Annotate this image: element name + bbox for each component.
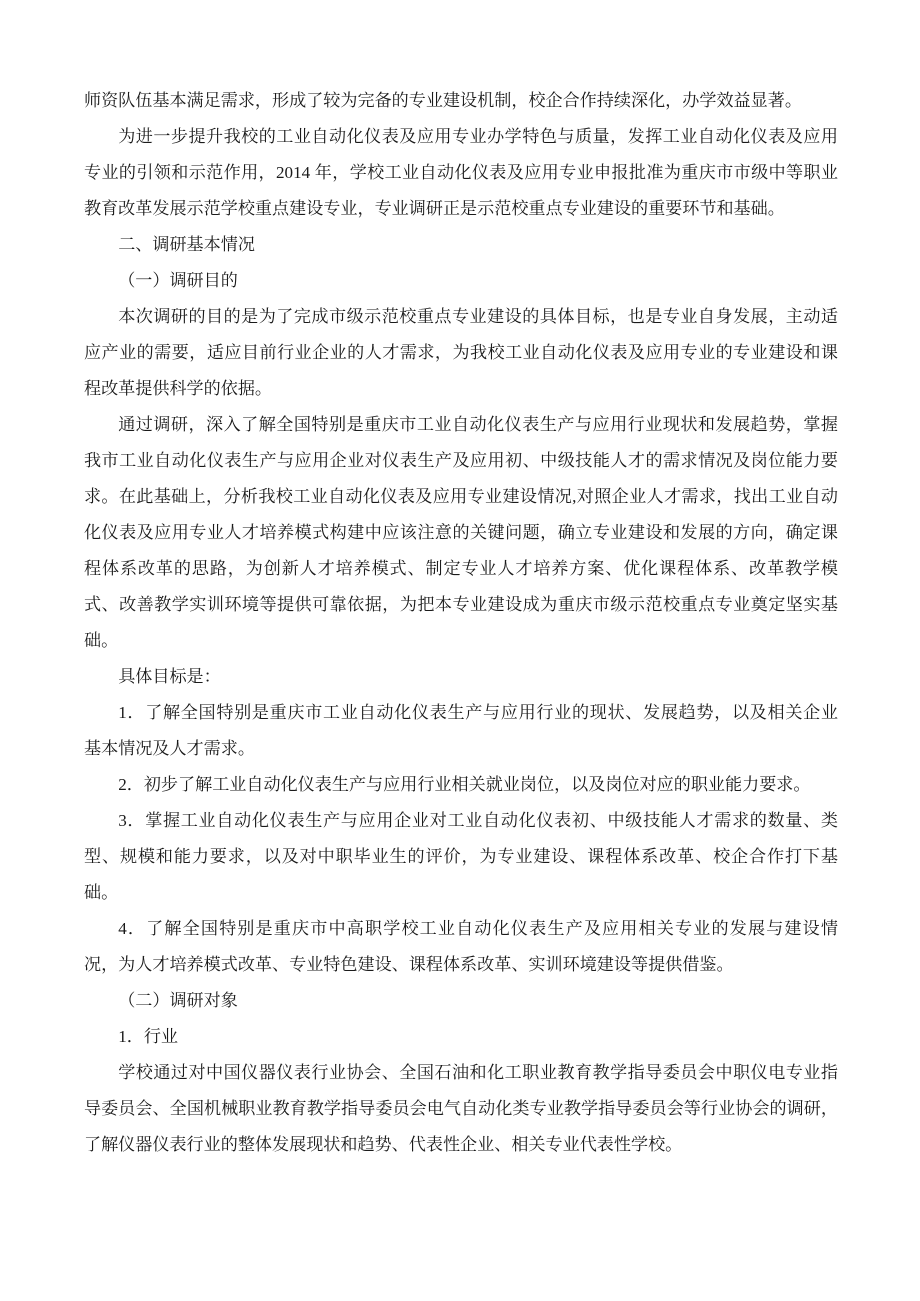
text-line-7: 本次调研的目的是为了完成市级示范校重点专业建设的具体目标，也是专业自身发展，主动… <box>84 299 838 335</box>
text-line-10: 通过调研，深入了解全国特别是重庆市工业自动化仪表生产与应用行业现状和发展趋势，掌… <box>84 407 838 443</box>
text-line-1: 师资队伍基本满足需求，形成了较为完备的专业建设机制，校企合作持续深化，办学效益显… <box>84 83 838 119</box>
text-line-29: 导委员会、全国机械职业教育教学指导委员会电气自动化类专业教学指导委员会等行业协会… <box>84 1091 838 1127</box>
text-line-23: 础。 <box>84 875 838 911</box>
text-line-25: 况，为人才培养模式改革、专业特色建设、课程体系改革、实训环境建设等提供借鉴。 <box>84 947 838 983</box>
text-line-2: 为进一步提升我校的工业自动化仪表及应用专业办学特色与质量，发挥工业自动化仪表及应… <box>84 119 838 155</box>
text-line-21: 3．掌握工业自动化仪表生产与应用企业对工业自动化仪表初、中级技能人才需求的数量、… <box>84 803 838 839</box>
document-page: 师资队伍基本满足需求，形成了较为完备的专业建设机制，校企合作持续深化，办学效益显… <box>0 0 920 1301</box>
text-line-30: 了解仪器仪表行业的整体发展现状和趋势、代表性企业、相关专业代表性学校。 <box>84 1127 838 1163</box>
document-text: 师资队伍基本满足需求，形成了较为完备的专业建设机制，校企合作持续深化，办学效益显… <box>84 83 838 1163</box>
text-line-17: 具体目标是： <box>84 659 838 695</box>
text-line-24: 4．了解全国特别是重庆市中高职学校工业自动化仪表生产及应用相关专业的发展与建设情 <box>84 911 838 947</box>
text-line-19: 基本情况及人才需求。 <box>84 731 838 767</box>
text-line-14: 程体系改革的思路，为创新人才培养模式、制定专业人才培养方案、优化课程体系、改革教… <box>84 551 838 587</box>
text-line-11: 我市工业自动化仪表生产与应用企业对仪表生产及应用初、中级技能人才的需求情况及岗位… <box>84 443 838 479</box>
text-line-16: 础。 <box>84 623 838 659</box>
text-line-28: 学校通过对中国仪器仪表行业协会、全国石油和化工职业教育教学指导委员会中职仪电专业… <box>84 1055 838 1091</box>
text-line-9: 程改革提供科学的依据。 <box>84 371 838 407</box>
text-line-6: （一）调研目的 <box>84 263 838 299</box>
text-line-4: 教育改革发展示范学校重点建设专业，专业调研正是示范校重点专业建设的重要环节和基础… <box>84 191 838 227</box>
text-line-5: 二、调研基本情况 <box>84 227 838 263</box>
text-line-12: 求。在此基础上，分析我校工业自动化仪表及应用专业建设情况,对照企业人才需求，找出… <box>84 479 838 515</box>
text-line-18: 1．了解全国特别是重庆市工业自动化仪表生产与应用行业的现状、发展趋势，以及相关企… <box>84 695 838 731</box>
text-line-26: （二）调研对象 <box>84 983 838 1019</box>
text-line-15: 式、改善教学实训环境等提供可靠依据，为把本专业建设成为重庆市级示范校重点专业奠定… <box>84 587 838 623</box>
text-line-3: 专业的引领和示范作用，2014 年，学校工业自动化仪表及应用专业申报批准为重庆市… <box>84 155 838 191</box>
text-line-13: 化仪表及应用专业人才培养模式构建中应该注意的关键问题，确立专业建设和发展的方向，… <box>84 515 838 551</box>
text-line-20: 2．初步了解工业自动化仪表生产与应用行业相关就业岗位，以及岗位对应的职业能力要求… <box>84 767 838 803</box>
text-line-27: 1．行业 <box>84 1019 838 1055</box>
text-line-22: 型、规模和能力要求，以及对中职毕业生的评价，为专业建设、课程体系改革、校企合作打… <box>84 839 838 875</box>
text-line-8: 应产业的需要，适应目前行业企业的人才需求，为我校工业自动化仪表及应用专业的专业建… <box>84 335 838 371</box>
